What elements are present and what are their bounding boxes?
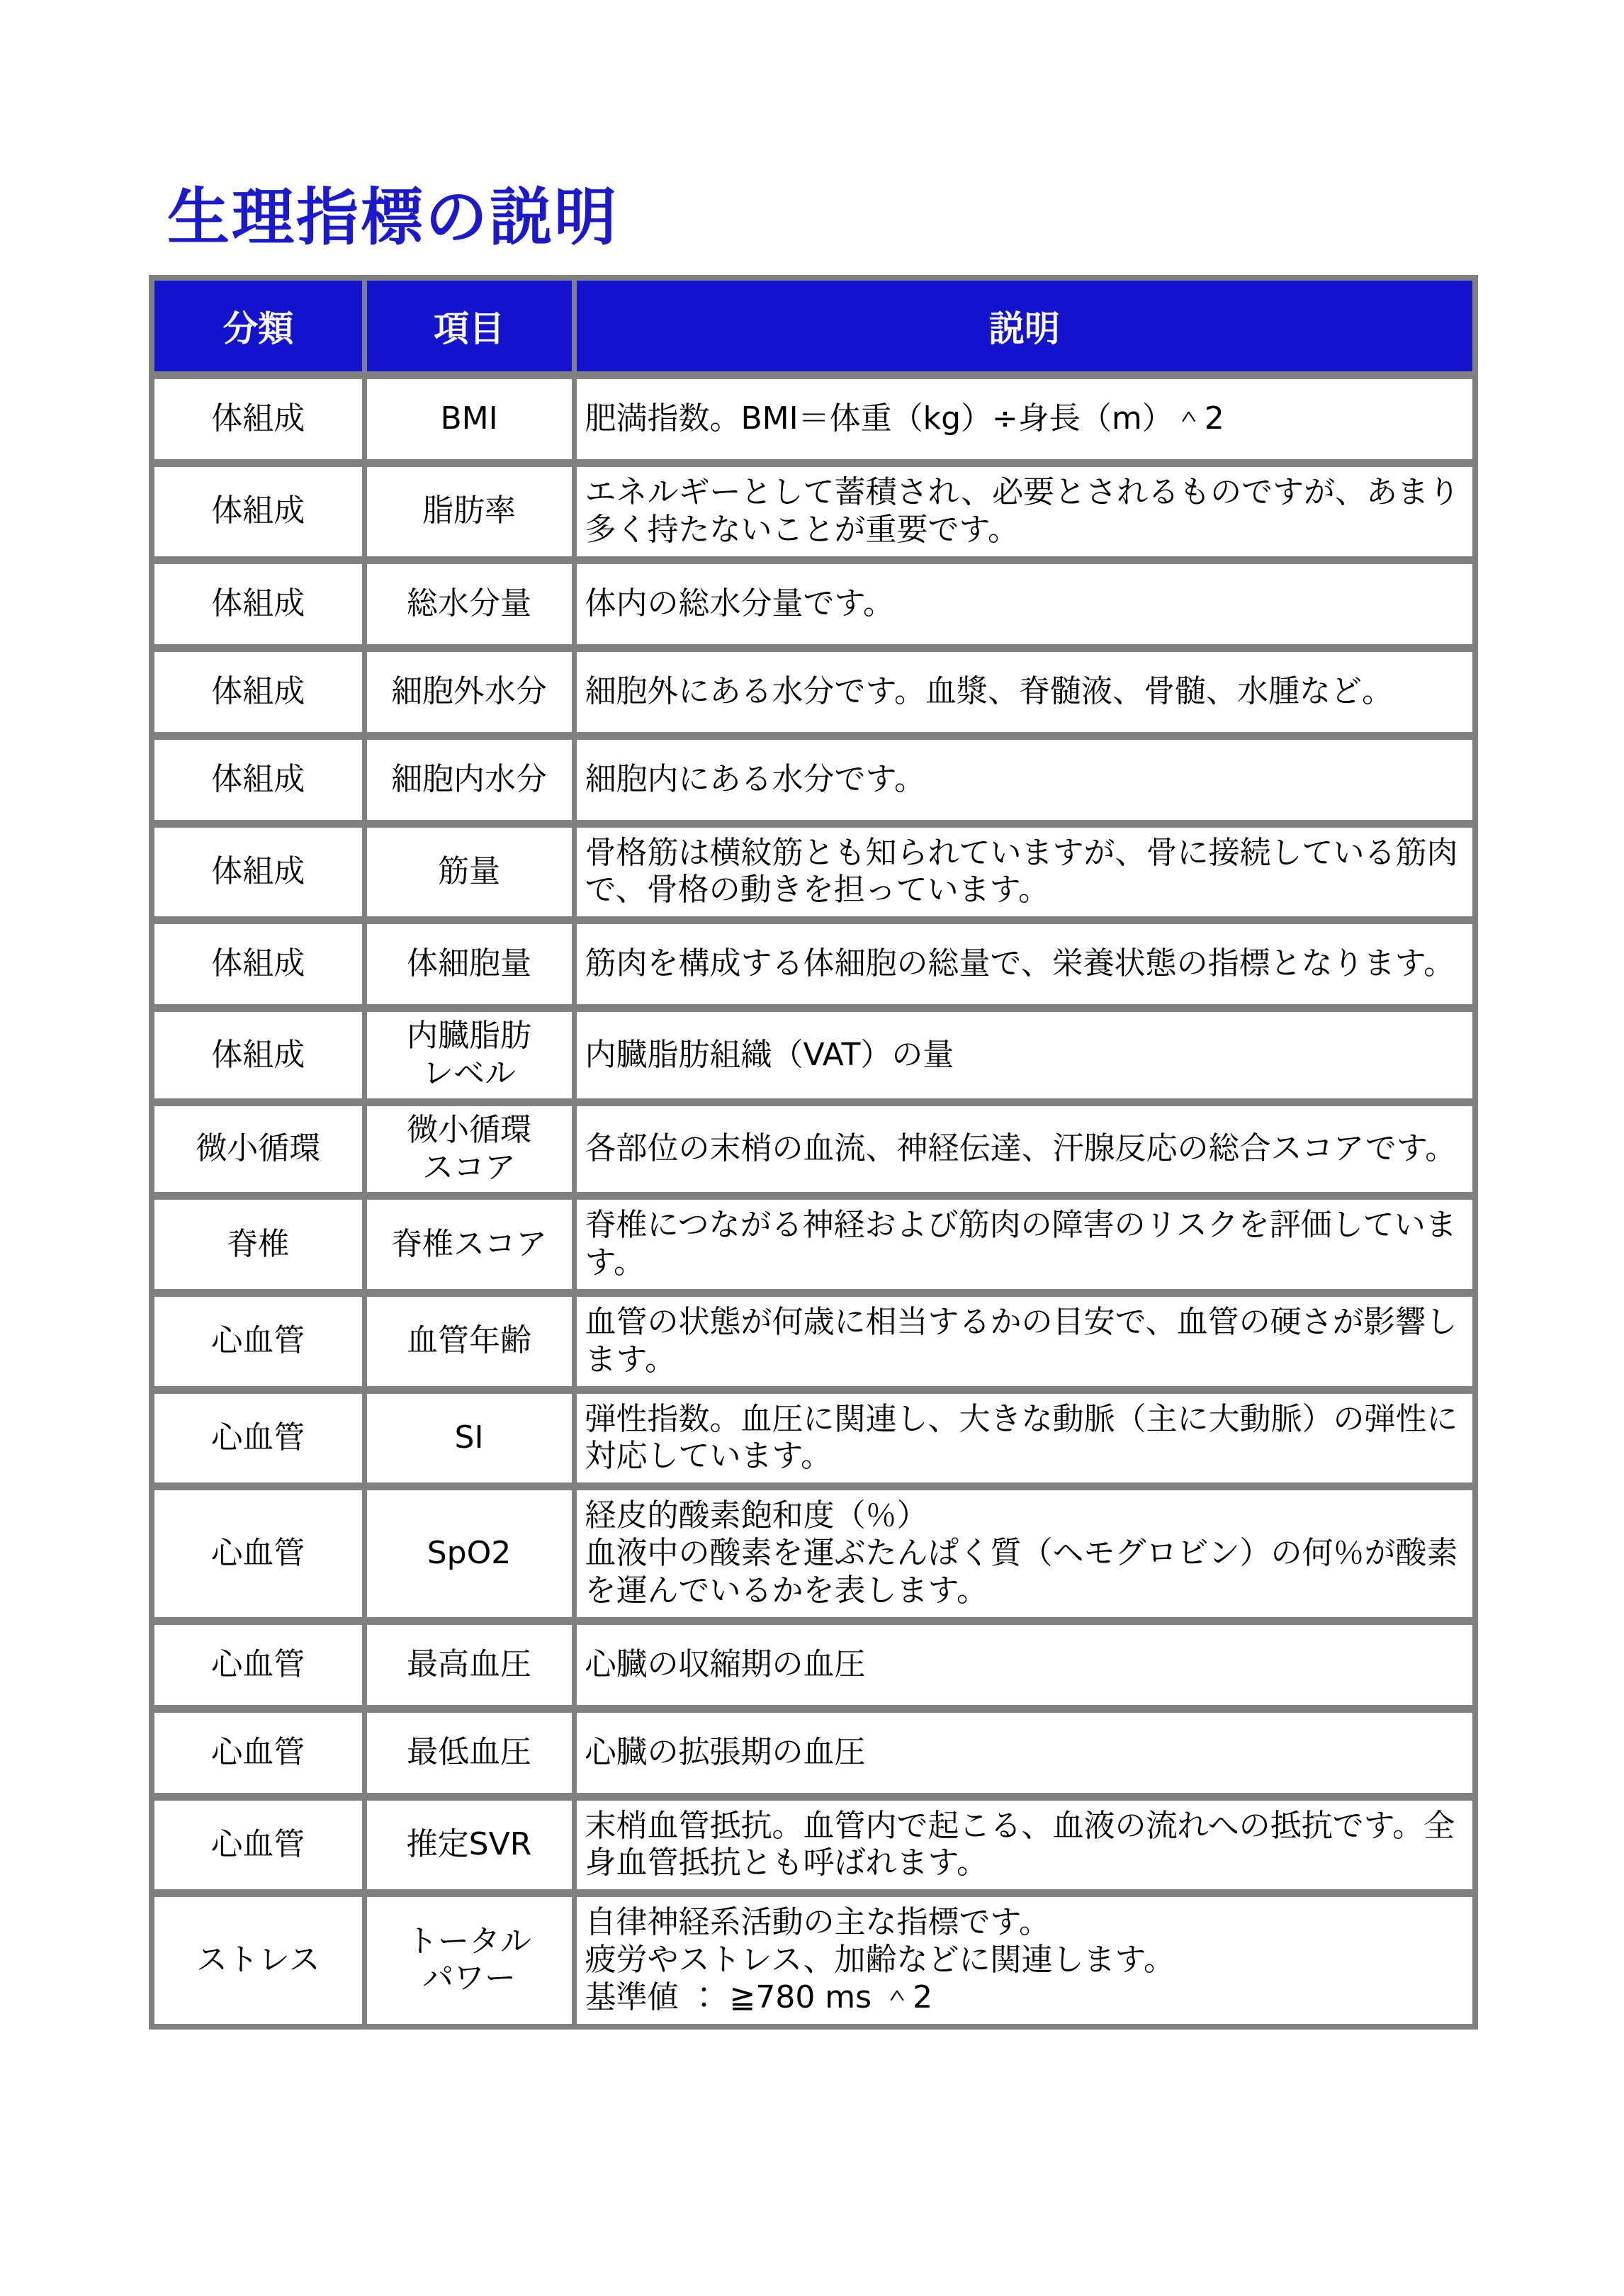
header-item: 項目 xyxy=(364,278,574,376)
category-cell: 体組成 xyxy=(152,1008,364,1103)
category-cell: 心血管 xyxy=(152,1796,364,1893)
description-cell: 筋肉を構成する体細胞の総量で、栄養状態の指標となります。 xyxy=(574,921,1475,1008)
category-cell: ストレス xyxy=(152,1893,364,2027)
description-cell: 骨格筋は横紋筋とも知られていますが、骨に接続している筋肉で、骨格の動きを担ってい… xyxy=(574,823,1475,921)
category-cell: 微小循環 xyxy=(152,1102,364,1196)
category-cell: 体組成 xyxy=(152,648,364,736)
page-title: 生理指標の説明 xyxy=(167,186,619,249)
category-cell: 体組成 xyxy=(152,560,364,648)
table-row: 心血管 SpO2 経皮的酸素飽和度（％） 血液中の酸素を運ぶたんぱく質（ヘモグロ… xyxy=(152,1487,1475,1621)
table-row: 体組成 体細胞量 筋肉を構成する体細胞の総量で、栄養状態の指標となります。 xyxy=(152,921,1475,1008)
description-cell: 経皮的酸素飽和度（％） 血液中の酸素を運ぶたんぱく質（ヘモグロビン）の何％が酸素… xyxy=(574,1487,1475,1621)
item-cell: SpO2 xyxy=(364,1487,574,1621)
category-cell: 体組成 xyxy=(152,463,364,561)
document-page: 生理指標の説明 分類 項目 説明 体組成 BMI 肥満指数。BMI＝体重（kg）… xyxy=(0,0,1624,2296)
header-description: 説明 xyxy=(574,278,1475,376)
table-row: ストレス トータル パワー 自律神経系活動の主な指標です。 疲労やストレス、加齢… xyxy=(152,1893,1475,2027)
table-header-row: 分類 項目 説明 xyxy=(152,278,1475,376)
category-cell: 体組成 xyxy=(152,376,364,463)
item-cell: 細胞内水分 xyxy=(364,736,574,823)
table-row: 体組成 筋量 骨格筋は横紋筋とも知られていますが、骨に接続している筋肉で、骨格の… xyxy=(152,823,1475,921)
indicator-table: 分類 項目 説明 体組成 BMI 肥満指数。BMI＝体重（kg）÷身長（m）＾2… xyxy=(149,275,1478,2030)
description-cell: 体内の総水分量です。 xyxy=(574,560,1475,648)
description-cell: 肥満指数。BMI＝体重（kg）÷身長（m）＾2 xyxy=(574,376,1475,463)
table-row: 微小循環 微小循環 スコア 各部位の末梢の血流、神経伝達、汗腺反応の総合スコアで… xyxy=(152,1102,1475,1196)
item-cell: 脊椎スコア xyxy=(364,1196,574,1293)
table-row: 体組成 細胞外水分 細胞外にある水分です。血漿、脊髄液、骨髄、水腫など。 xyxy=(152,648,1475,736)
header-category: 分類 xyxy=(152,278,364,376)
description-cell: 内臓脂肪組織（VAT）の量 xyxy=(574,1008,1475,1103)
table-row: 心血管 最低血圧 心臓の拡張期の血圧 xyxy=(152,1709,1475,1796)
item-cell: 脂肪率 xyxy=(364,463,574,561)
description-cell: 弾性指数。血圧に関連し、大きな動脈（主に大動脈）の弾性に対応しています。 xyxy=(574,1390,1475,1487)
description-cell: 細胞内にある水分です。 xyxy=(574,736,1475,823)
category-cell: 体組成 xyxy=(152,736,364,823)
item-cell: BMI xyxy=(364,376,574,463)
item-cell: 最低血圧 xyxy=(364,1709,574,1796)
description-cell: 細胞外にある水分です。血漿、脊髄液、骨髄、水腫など。 xyxy=(574,648,1475,736)
description-cell: 血管の状態が何歳に相当するかの目安で、血管の硬さが影響します。 xyxy=(574,1293,1475,1390)
category-cell: 心血管 xyxy=(152,1487,364,1621)
table-row: 脊椎 脊椎スコア 脊椎につながる神経および筋肉の障害のリスクを評価しています。 xyxy=(152,1196,1475,1293)
category-cell: 心血管 xyxy=(152,1293,364,1390)
table-row: 体組成 脂肪率 エネルギーとして蓄積され、必要とされるものですが、あまり多く持た… xyxy=(152,463,1475,561)
table-row: 心血管 SI 弾性指数。血圧に関連し、大きな動脈（主に大動脈）の弾性に対応してい… xyxy=(152,1390,1475,1487)
description-cell: 心臓の収縮期の血圧 xyxy=(574,1621,1475,1709)
table-row: 体組成 内臓脂肪 レベル 内臓脂肪組織（VAT）の量 xyxy=(152,1008,1475,1103)
item-cell: 体細胞量 xyxy=(364,921,574,1008)
table-row: 心血管 推定SVR 末梢血管抵抗。血管内で起こる、血液の流れへの抵抗です。全身血… xyxy=(152,1796,1475,1893)
category-cell: 心血管 xyxy=(152,1390,364,1487)
item-cell: 細胞外水分 xyxy=(364,648,574,736)
description-cell: 自律神経系活動の主な指標です。 疲労やストレス、加齢などに関連します。 基準値 … xyxy=(574,1893,1475,2027)
table-header: 分類 項目 説明 xyxy=(152,278,1475,376)
category-cell: 心血管 xyxy=(152,1709,364,1796)
category-cell: 体組成 xyxy=(152,823,364,921)
item-cell: 最高血圧 xyxy=(364,1621,574,1709)
category-cell: 心血管 xyxy=(152,1621,364,1709)
table-body: 体組成 BMI 肥満指数。BMI＝体重（kg）÷身長（m）＾2 体組成 脂肪率 … xyxy=(152,376,1475,2027)
item-cell: 総水分量 xyxy=(364,560,574,648)
table-row: 体組成 総水分量 体内の総水分量です。 xyxy=(152,560,1475,648)
item-cell: 微小循環 スコア xyxy=(364,1102,574,1196)
table-row: 心血管 血管年齢 血管の状態が何歳に相当するかの目安で、血管の硬さが影響します。 xyxy=(152,1293,1475,1390)
description-cell: 末梢血管抵抗。血管内で起こる、血液の流れへの抵抗です。全身血管抵抗とも呼ばれます… xyxy=(574,1796,1475,1893)
category-cell: 体組成 xyxy=(152,921,364,1008)
table-row: 心血管 最高血圧 心臓の収縮期の血圧 xyxy=(152,1621,1475,1709)
description-cell: 脊椎につながる神経および筋肉の障害のリスクを評価しています。 xyxy=(574,1196,1475,1293)
item-cell: トータル パワー xyxy=(364,1893,574,2027)
item-cell: 筋量 xyxy=(364,823,574,921)
description-cell: 各部位の末梢の血流、神経伝達、汗腺反応の総合スコアです。 xyxy=(574,1102,1475,1196)
table-row: 体組成 細胞内水分 細胞内にある水分です。 xyxy=(152,736,1475,823)
item-cell: SI xyxy=(364,1390,574,1487)
description-cell: 心臓の拡張期の血圧 xyxy=(574,1709,1475,1796)
item-cell: 内臓脂肪 レベル xyxy=(364,1008,574,1103)
item-cell: 推定SVR xyxy=(364,1796,574,1893)
item-cell: 血管年齢 xyxy=(364,1293,574,1390)
category-cell: 脊椎 xyxy=(152,1196,364,1293)
table-row: 体組成 BMI 肥満指数。BMI＝体重（kg）÷身長（m）＾2 xyxy=(152,376,1475,463)
description-cell: エネルギーとして蓄積され、必要とされるものですが、あまり多く持たないことが重要で… xyxy=(574,463,1475,561)
